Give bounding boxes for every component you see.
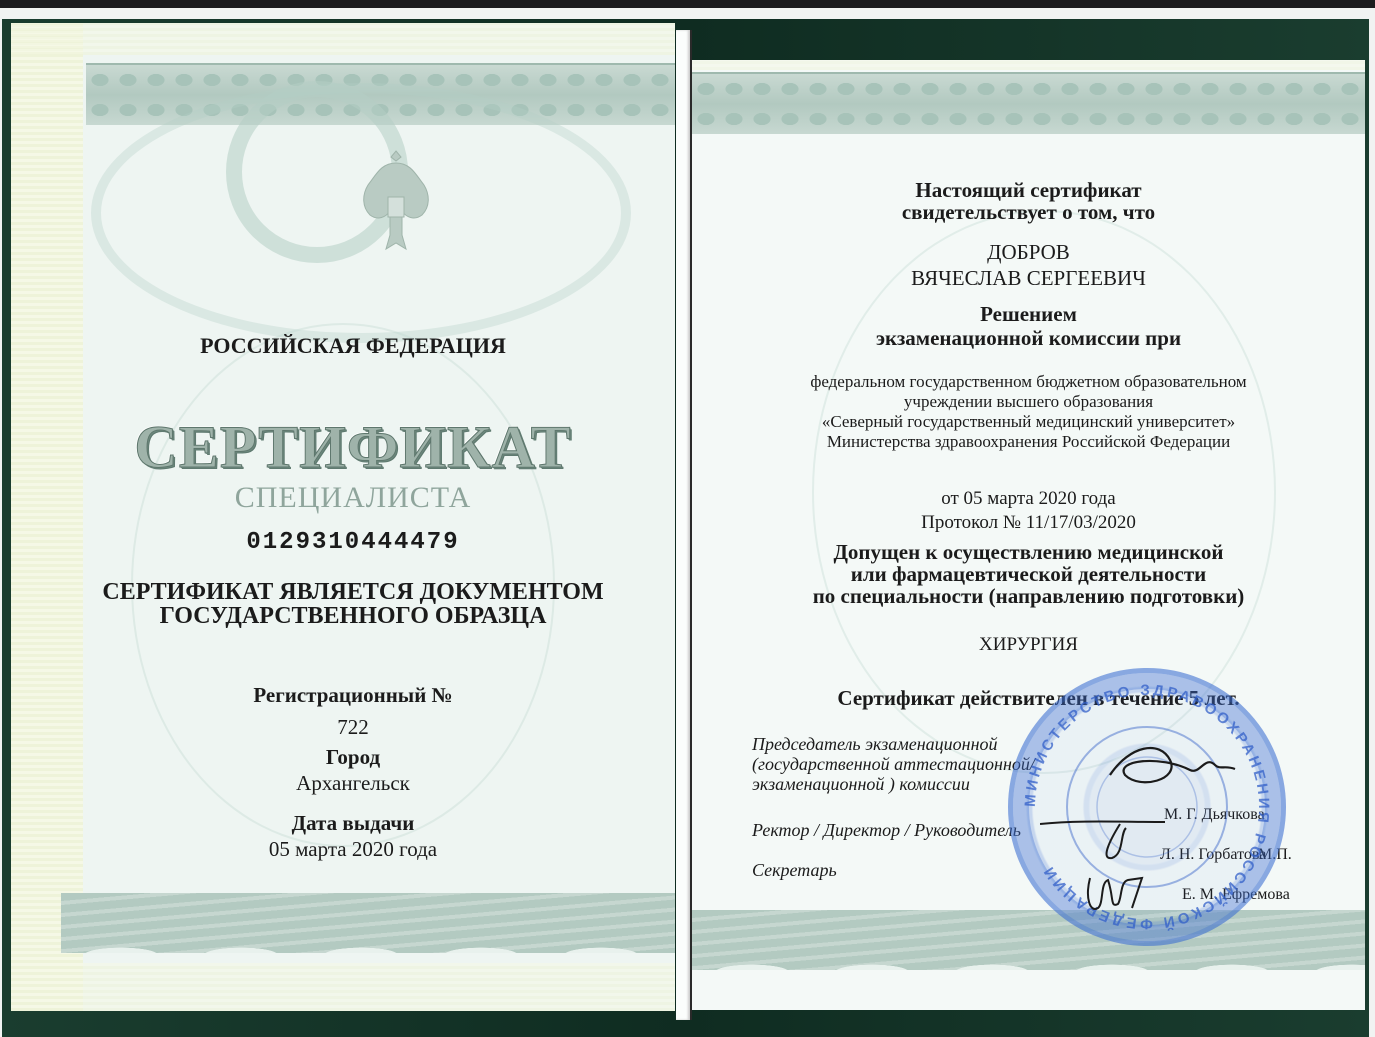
- state-document-line1: СЕРТИФИКАТ ЯВЛЯЕТСЯ ДОКУМЕНТОМ: [11, 579, 675, 606]
- decision-line2: экзаменационной комиссии при: [692, 326, 1365, 351]
- city-label: Город: [11, 745, 675, 770]
- institution-line: «Северный государственный медицинский ун…: [692, 412, 1365, 432]
- decision-date: от 05 марта 2020 года: [692, 488, 1365, 510]
- chair-role: Председатель экзаменационной (государств…: [752, 734, 1035, 794]
- certificate-subtitle: СПЕЦИАЛИСТА: [11, 481, 675, 515]
- holder-given-names: ВЯЧЕСЛАВ СЕРГЕЕВИЧ: [692, 266, 1365, 291]
- top-margin-pattern-right: [692, 60, 1365, 70]
- issue-date-value: 05 марта 2020 года: [11, 837, 675, 862]
- institution-line: Министерства здравоохранения Российской …: [692, 432, 1365, 452]
- chair-role-line: экзаменационной ) комиссии: [752, 774, 1035, 794]
- specialty: ХИРУРГИЯ: [692, 634, 1365, 656]
- serial-number: 0129310444479: [11, 529, 675, 556]
- book-spine: [676, 30, 692, 1020]
- holder-surname: ДОБРОВ: [692, 240, 1365, 265]
- chair-role-line: (государственной аттестационной/: [752, 754, 1035, 774]
- registration-value: 722: [11, 715, 675, 740]
- rector-signature-icon: [1040, 810, 1170, 870]
- admission-line: по специальности (направлению подготовки…: [692, 584, 1365, 609]
- chair-role-line: Председатель экзаменационной: [752, 734, 1035, 754]
- decision-line1: Решением: [692, 302, 1365, 327]
- left-page: РОССИЙСКАЯ ФЕДЕРАЦИЯ СЕРТИФИКАТ СПЕЦИАЛИ…: [11, 23, 675, 1011]
- russian-coat-of-arms-icon: [356, 145, 436, 255]
- protocol-number: Протокол № 11/17/03/2020: [692, 512, 1365, 534]
- certificate-title: СЕРТИФИКАТ: [11, 413, 675, 482]
- rector-role: Ректор / Директор / Руководитель: [752, 820, 1021, 841]
- city-value: Архангельск: [11, 771, 675, 796]
- state-document-line2: ГОСУДАРСТВЕННОГО ОБРАЗЦА: [11, 603, 675, 630]
- institution-line: учреждении высшего образования: [692, 392, 1365, 412]
- top-margin-pattern: [11, 23, 675, 55]
- chair-signature-icon: [1100, 735, 1240, 795]
- issue-date-label: Дата выдачи: [11, 811, 675, 836]
- bottom-margin-pattern: [11, 963, 675, 1011]
- secretary-role: Секретарь: [752, 860, 837, 881]
- left-margin-pattern: [11, 23, 83, 1011]
- registration-label: Регистрационный №: [11, 683, 675, 708]
- intro-line2: свидетельствует о том, что: [692, 200, 1365, 225]
- window-top-bar: [0, 0, 1375, 8]
- country-label: РОССИЙСКАЯ ФЕДЕРАЦИЯ: [11, 333, 675, 359]
- secretary-signature-icon: [1080, 868, 1150, 918]
- institution-line: федеральном государственном бюджетном об…: [692, 372, 1365, 392]
- top-guilloche-band-right: [692, 72, 1365, 134]
- bottom-guilloche-band: [61, 893, 675, 953]
